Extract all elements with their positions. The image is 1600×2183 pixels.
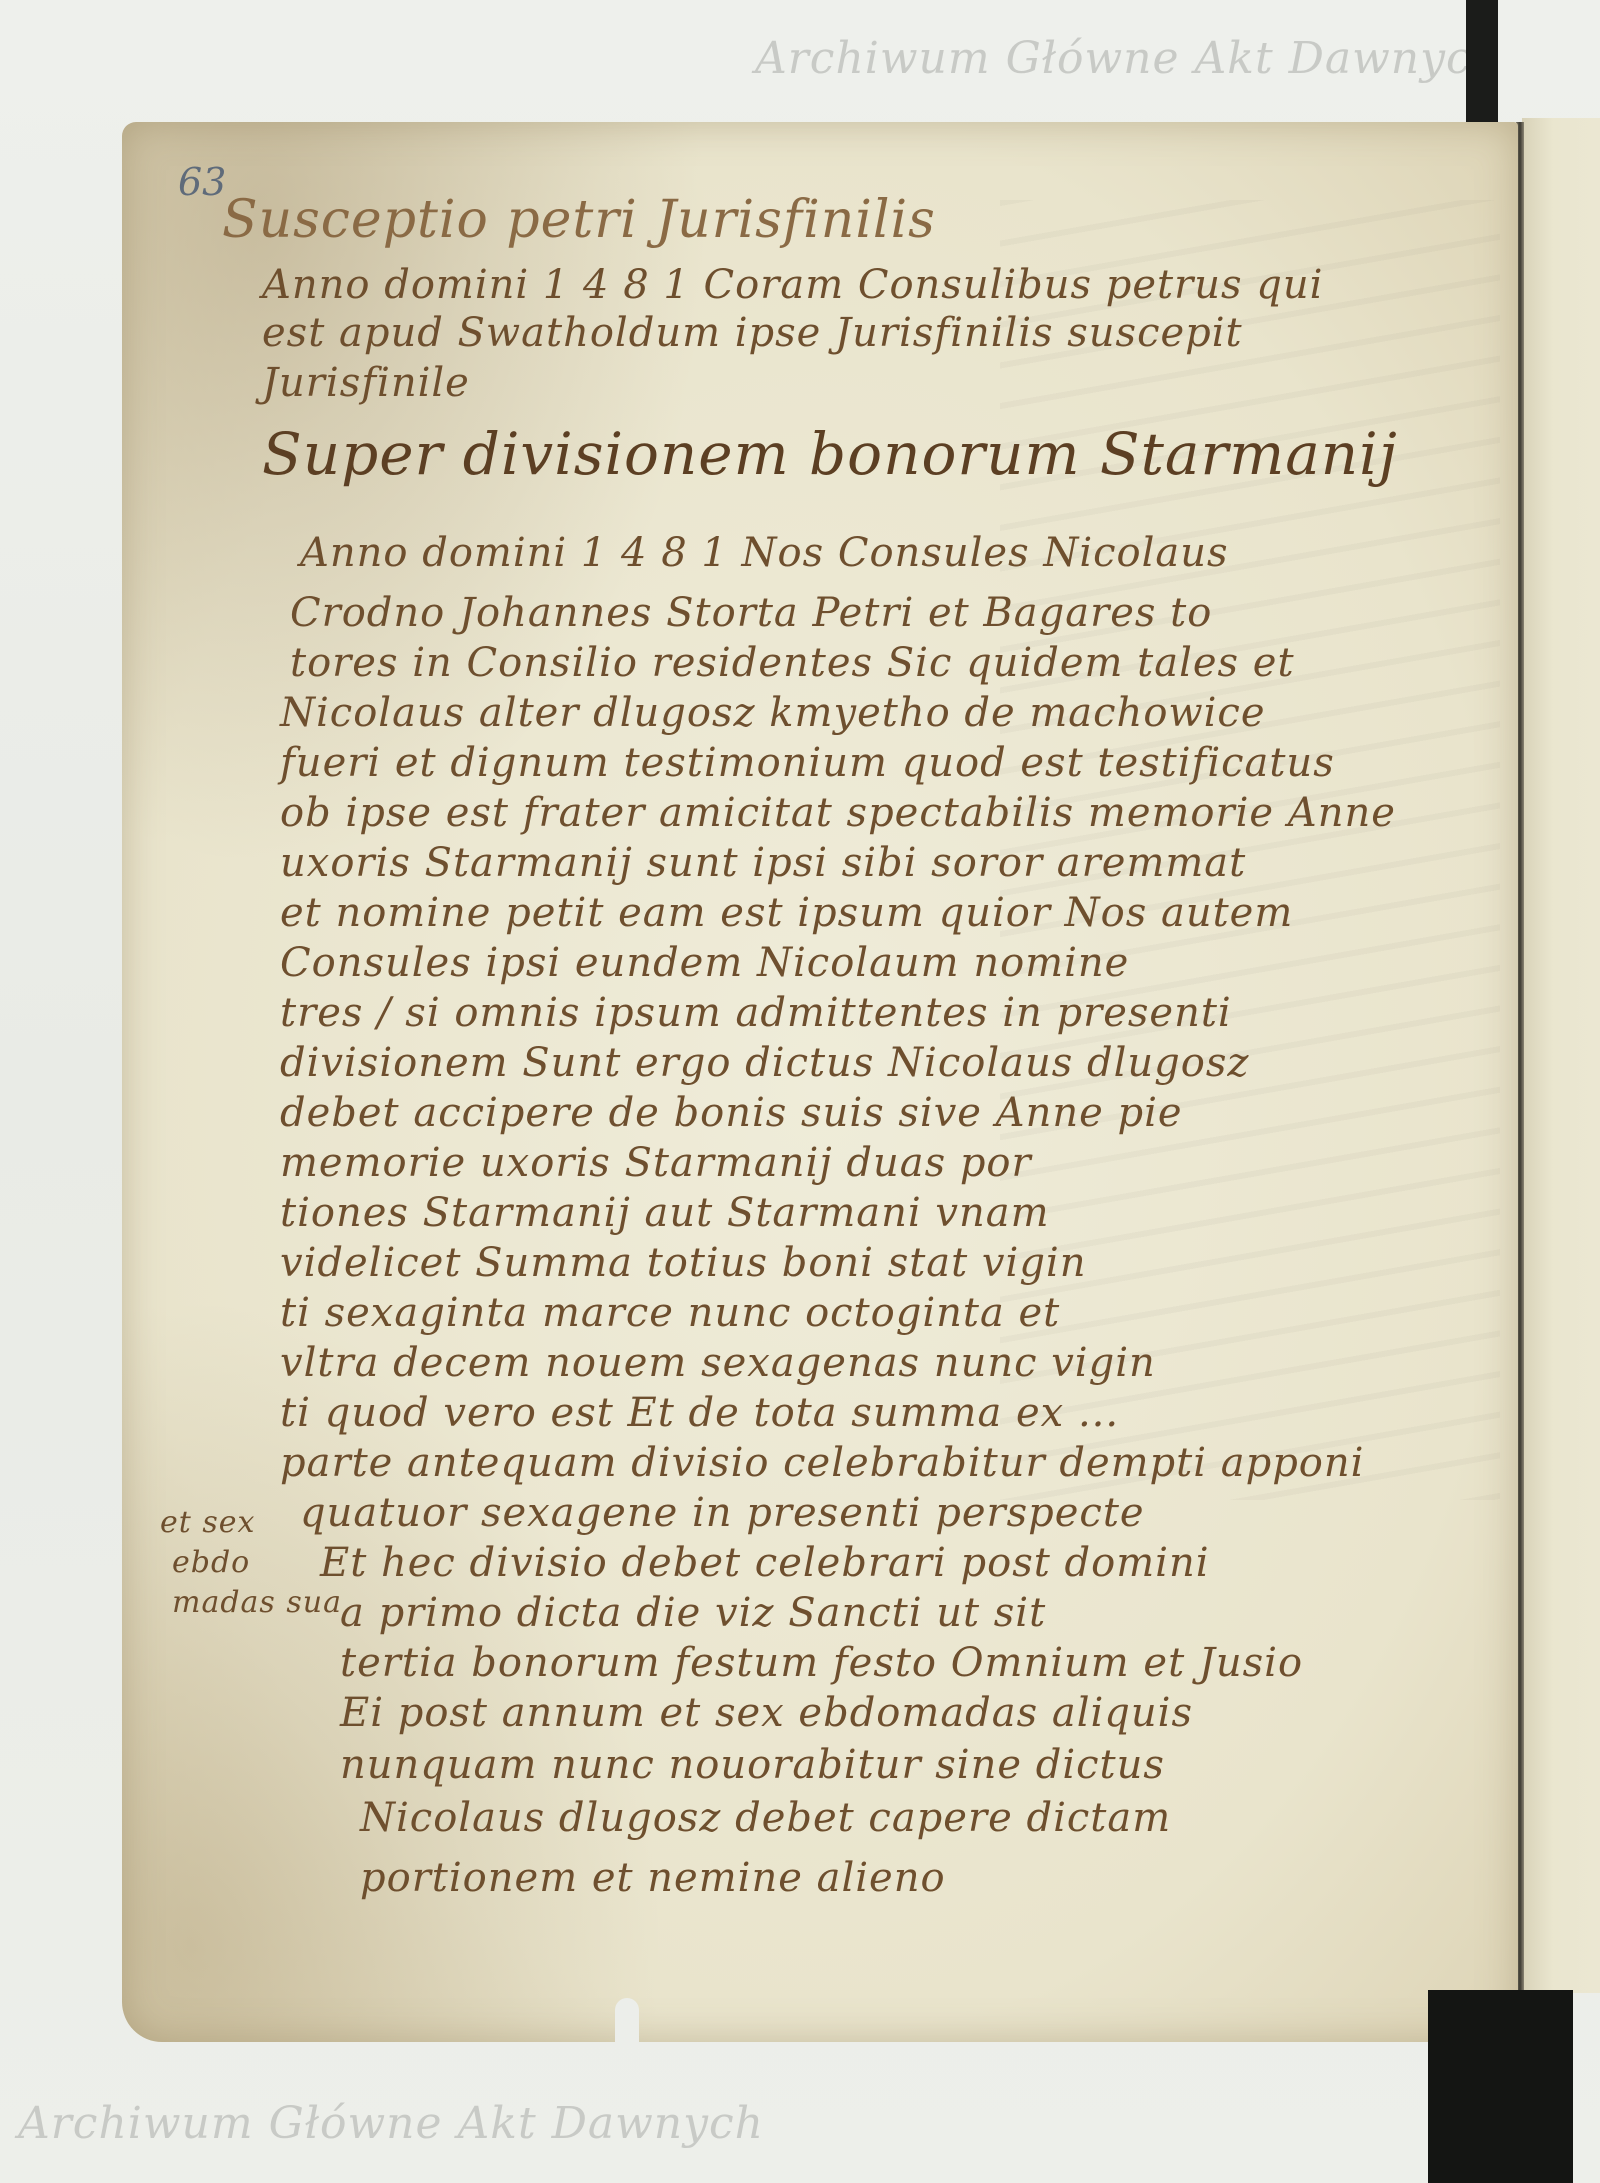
entry2-line: ti sexaginta marce nunc octoginta et (280, 1290, 1060, 1336)
entry2-line: nunquam nunc nouorabitur sine dictus (340, 1742, 1165, 1788)
entry2-line: divisionem Sunt ergo dictus Nicolaus dlu… (280, 1040, 1249, 1086)
entry2-line: fueri et dignum testimonium quod est tes… (280, 740, 1335, 786)
entry2-line: vltra decem nouem sexagenas nunc vigin (280, 1340, 1156, 1386)
entry2-line: memorie uxoris Starmanij duas por (280, 1140, 1032, 1186)
entry2-line: Et hec divisio debet celebrari post domi… (320, 1540, 1210, 1586)
entry2-line: ob ipse est frater amicitat spectabilis … (280, 790, 1396, 836)
entry1-line: Anno domini 1 4 8 1 Coram Consulibus pet… (262, 262, 1323, 308)
entry2-line: quatuor sexagene in presenti perspecte (300, 1490, 1145, 1536)
scanner-edge-top (1466, 0, 1498, 128)
entry2-line: videlicet Summa totius boni stat vigin (280, 1240, 1086, 1286)
entry2-line: Anno domini 1 4 8 1 Nos Consules Nicolau… (300, 530, 1229, 576)
entry1-line: Jurisfinile (262, 360, 470, 406)
margin-note-line: ebdo (172, 1545, 250, 1580)
entry2-line: tres / si omnis ipsum admittentes in pre… (280, 990, 1232, 1036)
entry2-line: tores in Consilio residentes Sic quidem … (290, 640, 1295, 686)
facing-page-edge (1522, 118, 1600, 1993)
entry2-line: uxoris Starmanij sunt ipsi sibi soror ar… (280, 840, 1246, 886)
folio-number: 63 (178, 160, 226, 204)
entry2-line: a primo dicta die viz Sancti ut sit (340, 1590, 1046, 1636)
margin-note-line: et sex (160, 1505, 255, 1540)
entry2-line: Nicolaus alter dlugosz kmyetho de machow… (280, 690, 1266, 736)
entry2-line: Ei post annum et sex ebdomadas aliquis (340, 1690, 1193, 1736)
page-tear-notch (615, 1998, 639, 2048)
entry-title: Susceptio petri Jurisfinilis (222, 190, 936, 250)
entry2-line: debet accipere de bonis suis sive Anne p… (280, 1090, 1183, 1136)
archive-watermark-bottom: Archiwum Główne Akt Dawnych (18, 2098, 764, 2149)
entry2-line: Nicolaus dlugosz debet capere dictam (360, 1795, 1171, 1841)
margin-note-line: madas sua (172, 1585, 342, 1620)
entry2-line: Crodno Johannes Storta Petri et Bagares … (290, 590, 1212, 636)
archive-watermark-top: Archiwum Główne Akt Dawnych (755, 33, 1501, 84)
entry2-line: portionem et nemine alieno (360, 1855, 946, 1901)
scanner-edge-bottom (1428, 1990, 1573, 2183)
entry2-line: parte antequam divisio celebrabitur demp… (280, 1440, 1364, 1486)
entry1-line: est apud Swatholdum ipse Jurisfinilis su… (262, 310, 1243, 356)
entry2-line: tertia bonorum festum festo Omnium et Ju… (340, 1640, 1303, 1686)
entry2-line: tiones Starmanij aut Starmani vnam (280, 1190, 1050, 1236)
entry-heading: Super divisionem bonorum Starmanij (262, 420, 1398, 488)
entry2-line: Consules ipsi eundem Nicolaum nomine (280, 940, 1129, 986)
entry2-line: et nomine petit eam est ipsum quior Nos … (280, 890, 1293, 936)
entry2-line: ti quod vero est Et de tota summa ex ... (280, 1390, 1119, 1436)
